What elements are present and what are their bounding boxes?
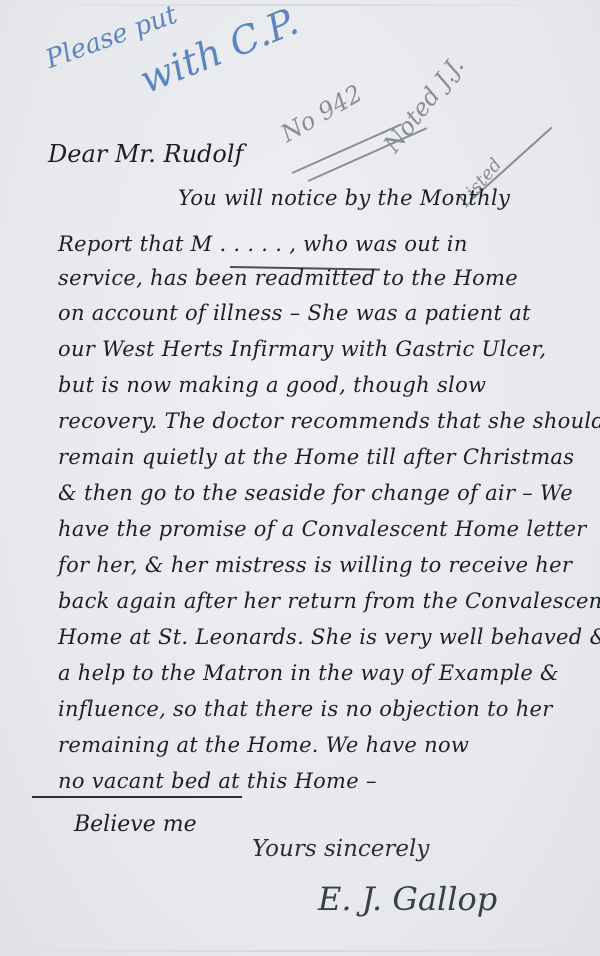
signature: E. J. Gallop	[318, 880, 497, 918]
body-line: recovery. The doctor recommends that she…	[58, 409, 600, 433]
paper-fold	[0, 950, 600, 952]
body-line: no vacant bed at this Home –	[58, 769, 377, 793]
body-line: back again after her return from the Con…	[58, 589, 600, 613]
closing-yours-sincerely: Yours sincerely	[252, 836, 429, 862]
body-line: our West Herts Infirmary with Gastric Ul…	[58, 337, 546, 361]
body-line: remaining at the Home. We have now	[58, 733, 469, 757]
pencil-reference-number: No 942	[276, 79, 367, 148]
body-line: for her, & her mistress is willing to re…	[58, 553, 572, 577]
body-line: have the promise of a Convalescent Home …	[58, 517, 587, 541]
body-line: but is now making a good, though slow	[58, 373, 486, 397]
body-line: Report that M . . . . . , who was out in	[58, 232, 468, 256]
body-line: & then go to the seaside for change of a…	[58, 481, 573, 505]
body-line: service, has been readmitted to the Home	[58, 266, 518, 290]
pencil-noted-mark: Noted J.J.	[378, 52, 470, 158]
body-line: a help to the Matron in the way of Examp…	[58, 661, 559, 685]
closing-underline	[32, 796, 242, 798]
body-line: You will notice by the Monthly	[178, 186, 510, 210]
body-line: remain quietly at the Home till after Ch…	[58, 445, 574, 469]
salutation: Dear Mr. Rudolf	[48, 140, 243, 168]
body-line: on account of illness – She was a patien…	[58, 301, 531, 325]
paper-fold	[0, 4, 600, 6]
letter-page: Please put with C.P. No 942 Noted J.J. L…	[0, 0, 600, 956]
body-line: Home at St. Leonards. She is very well b…	[58, 625, 600, 649]
body-line: influence, so that there is no objection…	[58, 697, 553, 721]
closing-believe-me: Believe me	[74, 812, 197, 837]
